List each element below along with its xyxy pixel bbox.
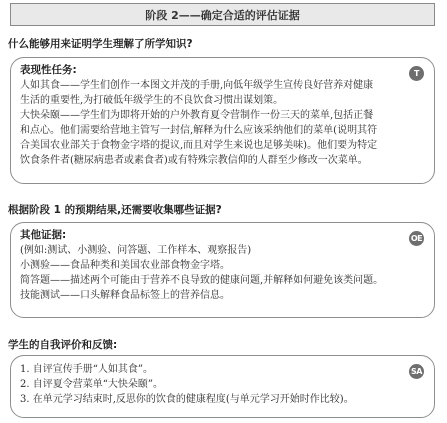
evidence-line: 简答题——描述两个可能由于营养不良导致的健康问题,并解释如何避免该类问题。	[20, 273, 424, 288]
sa-badge-icon: SA	[409, 364, 424, 379]
question-evidence: 根据阶段 1 的预期结果,还需要收集哪些证据?	[8, 202, 222, 217]
self-assessment-item: 1. 自评宣传手册“人如其食”。	[20, 362, 424, 377]
t-badge-icon: T	[409, 66, 424, 81]
performance-task-title: 表现性任务:	[20, 63, 424, 78]
task-line: 人如其食——学生们创作一本图文并茂的手册,向低年级学生宣传良好营养对健康	[20, 78, 424, 93]
self-assessment-item: 2. 自评夏令营菜单“大快朵颐”。	[20, 377, 424, 392]
performance-task-box: T 表现性任务: 人如其食——学生们创作一本图文并茂的手册,向低年级学生宣传良好…	[10, 57, 435, 184]
self-assessment-box: SA 1. 自评宣传手册“人如其食”。 2. 自评夏令营菜单“大快朵颐”。 3.…	[10, 355, 435, 418]
other-evidence-box: OE 其他证据: (例如:测试、小测验、问答题、工作样本、观察报告) 小测验——…	[10, 222, 435, 318]
task-line: 生活的重要性,为打破低年级学生的不良饮食习惯出谋划策。	[20, 93, 424, 108]
other-evidence-title: 其他证据:	[20, 228, 424, 243]
task-line: 合美国农业部关于食物金字塔的提议,而且对学生来说也足够美味)。他们要为特定	[20, 138, 424, 153]
oe-badge-icon: OE	[409, 231, 424, 246]
task-line: 和点心。他们需要给营地主管写一封信,解释为什么应该采纳他们的菜单(说明其符	[20, 123, 424, 138]
evidence-line: 小测验——食品种类和美国农业部食物金字塔。	[20, 258, 424, 273]
question-self-assessment: 学生的自我评价和反馈:	[8, 337, 117, 352]
evidence-line: (例如:测试、小测验、问答题、工作样本、观察报告)	[20, 243, 424, 258]
task-line: 大快朵颐——学生们为即将开始的户外教育夏令营制作一份三天的菜单,包括正餐	[20, 108, 424, 123]
question-understanding: 什么能够用来证明学生理解了所学知识?	[8, 36, 193, 51]
evidence-line: 技能测试——口头解释食品标签上的营养信息。	[20, 288, 424, 303]
task-line: 饮食条件者(糖尿病患者或素食者)或有特殊宗教信仰的人群至少修改一次菜单。	[20, 153, 424, 168]
stage-title: 阶段 2——确定合适的评估证据	[145, 7, 299, 23]
stage-header: 阶段 2——确定合适的评估证据	[10, 3, 435, 26]
self-assessment-item: 3. 在单元学习结束时,反思你的饮食的健康程度(与单元学习开始时作比较)。	[20, 392, 424, 407]
